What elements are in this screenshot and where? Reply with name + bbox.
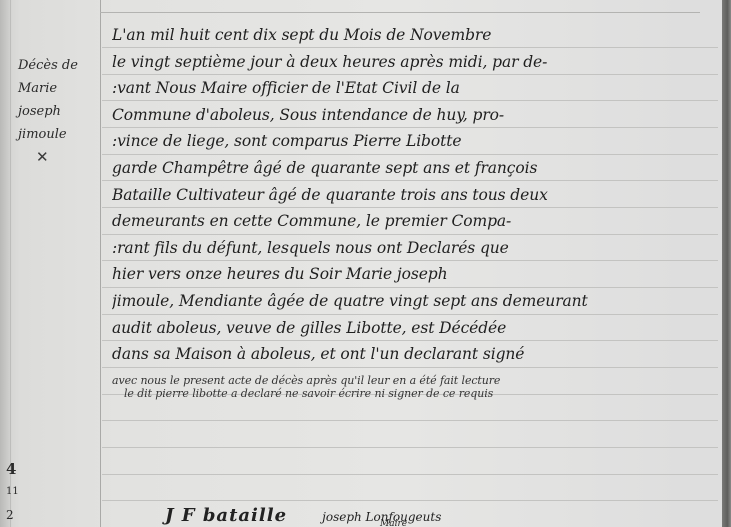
signature-bataille: J F bataille xyxy=(165,505,287,526)
record-line: Commune d'aboleus, Sous intendance de hu… xyxy=(112,102,720,129)
margin-number: 4 xyxy=(6,460,16,478)
margin-number: 2 xyxy=(6,508,14,522)
record-line: audit aboleus, veuve de gilles Libotte, … xyxy=(112,315,720,342)
record-line: hier vers onze heures du Soir Marie jose… xyxy=(112,261,720,288)
margin-note-line: jimoule xyxy=(18,123,98,146)
margin-note-line: Décès de xyxy=(18,54,98,77)
ruled-line xyxy=(102,447,718,448)
record-line: le vingt septième jour à deux heures apr… xyxy=(112,49,720,76)
outer-margin-rule xyxy=(10,0,11,527)
margin-annotation: Décès de Marie joseph jimoule ✕ xyxy=(18,54,98,169)
signature-block: J F bataille joseph Lonfougeuts Maire xyxy=(165,505,615,526)
record-line: :rant fils du défunt, lesquels nous ont … xyxy=(112,235,720,262)
record-line: garde Champêtre âgé de quarante sept ans… xyxy=(112,155,720,182)
record-line: dans sa Maison à aboleus, et ont l'un de… xyxy=(112,341,720,368)
margin-number: 11 xyxy=(6,486,19,497)
ruled-line xyxy=(102,474,718,475)
margin-note-line: joseph xyxy=(18,100,98,123)
record-line: :vant Nous Maire officier de l'Etat Civi… xyxy=(112,75,720,102)
record-line: demeurants en cette Commune, le premier … xyxy=(112,208,720,235)
cross-mark-icon: ✕ xyxy=(36,146,98,169)
ruled-line xyxy=(102,500,718,501)
record-line: :vince de liege, sont comparus Pierre Li… xyxy=(112,128,720,155)
signature-maire: Maire xyxy=(380,519,407,527)
record-line: L'an mil huit cent dix sept du Mois de N… xyxy=(112,22,720,49)
record-body: L'an mil huit cent dix sept du Mois de N… xyxy=(112,22,720,400)
closing-line: avec nous le present acte de décès après… xyxy=(112,374,720,387)
register-page: Décès de Marie joseph jimoule ✕ 4 11 2 L… xyxy=(0,0,731,527)
record-line: Bataille Cultivateur âgé de quarante tro… xyxy=(112,182,720,209)
record-line: jimoule, Mendiante âgée de quatre vingt … xyxy=(112,288,720,315)
closing-line: le dit pierre libotte a declaré ne savoi… xyxy=(112,387,720,400)
margin-note-line: Marie xyxy=(18,77,98,100)
book-binding xyxy=(722,0,731,527)
margin-rule xyxy=(100,0,101,527)
top-rule xyxy=(100,12,700,13)
ruled-line xyxy=(102,420,718,421)
